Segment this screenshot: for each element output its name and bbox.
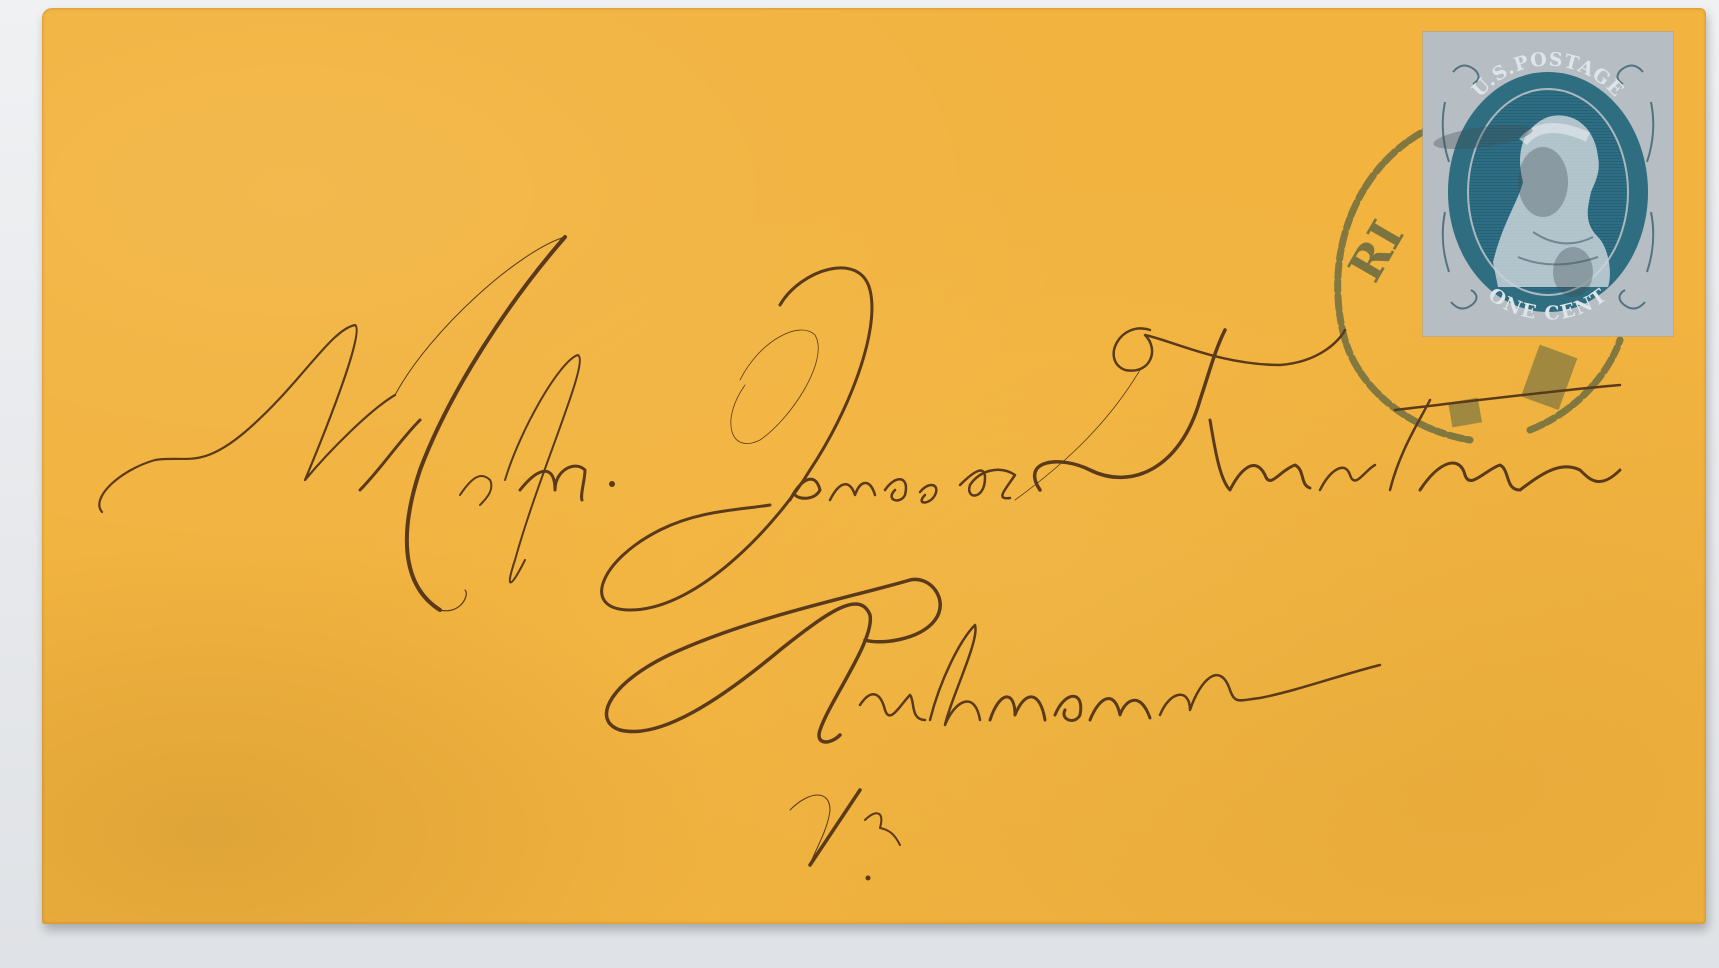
- address-line2-richmond-strokes: [607, 579, 1381, 742]
- address-line1-jones-strokes: [602, 268, 937, 610]
- handwritten-address: [0, 0, 1719, 968]
- address-line3-va-strokes: [790, 790, 900, 881]
- address-line1-messrs-strokes: [99, 237, 615, 611]
- address-line1-ampersand-strokes: [960, 470, 1015, 498]
- address-line1-thornton-strokes: [1015, 328, 1620, 500]
